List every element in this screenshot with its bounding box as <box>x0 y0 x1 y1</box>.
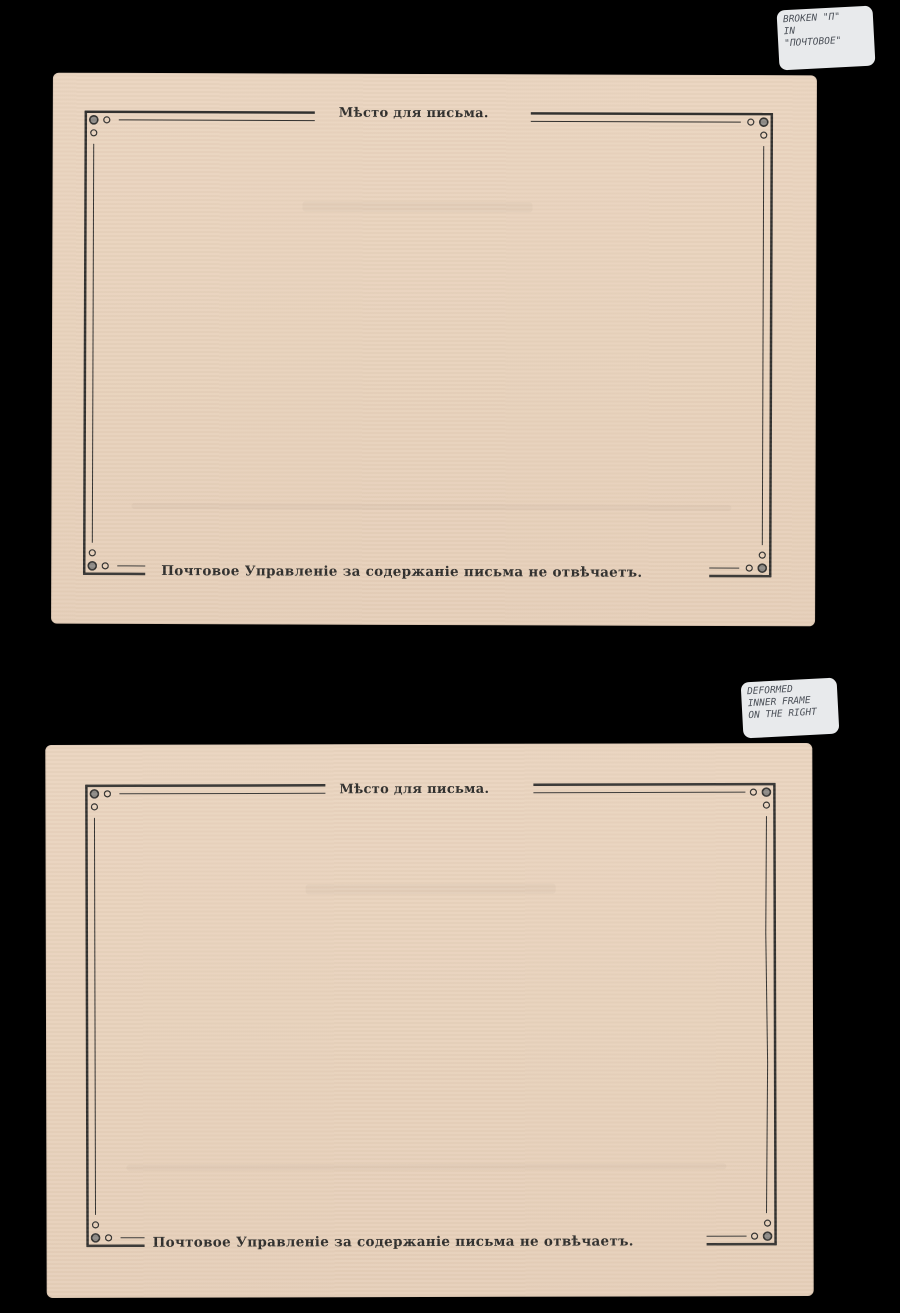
frame-border-icon <box>83 111 773 577</box>
ornamental-frame <box>83 111 773 577</box>
letter-card-2: Мѣсто для письма. Почтовое Управленіе за… <box>45 743 813 1298</box>
letter-card-1: Мѣсто для письма. Почтовое Управленіе за… <box>51 73 817 627</box>
bottom-caption: Почтовое Управленіе за содержаніе письма… <box>161 563 642 581</box>
annotation-label-broken-p: BROKEN "П" IN "ПОЧТОВОЕ" <box>776 6 875 71</box>
ornamental-frame <box>85 783 776 1247</box>
top-caption: Мѣсто для письма. <box>339 106 489 122</box>
frame-border-icon <box>85 783 776 1247</box>
annotation-label-deformed-frame: DEFORMED INNER FRAME ON THE RIGHT <box>741 678 840 739</box>
top-caption: Мѣсто для письма. <box>339 782 489 797</box>
bottom-caption: Почтовое Управленіе за содержаніе письма… <box>153 1233 634 1250</box>
